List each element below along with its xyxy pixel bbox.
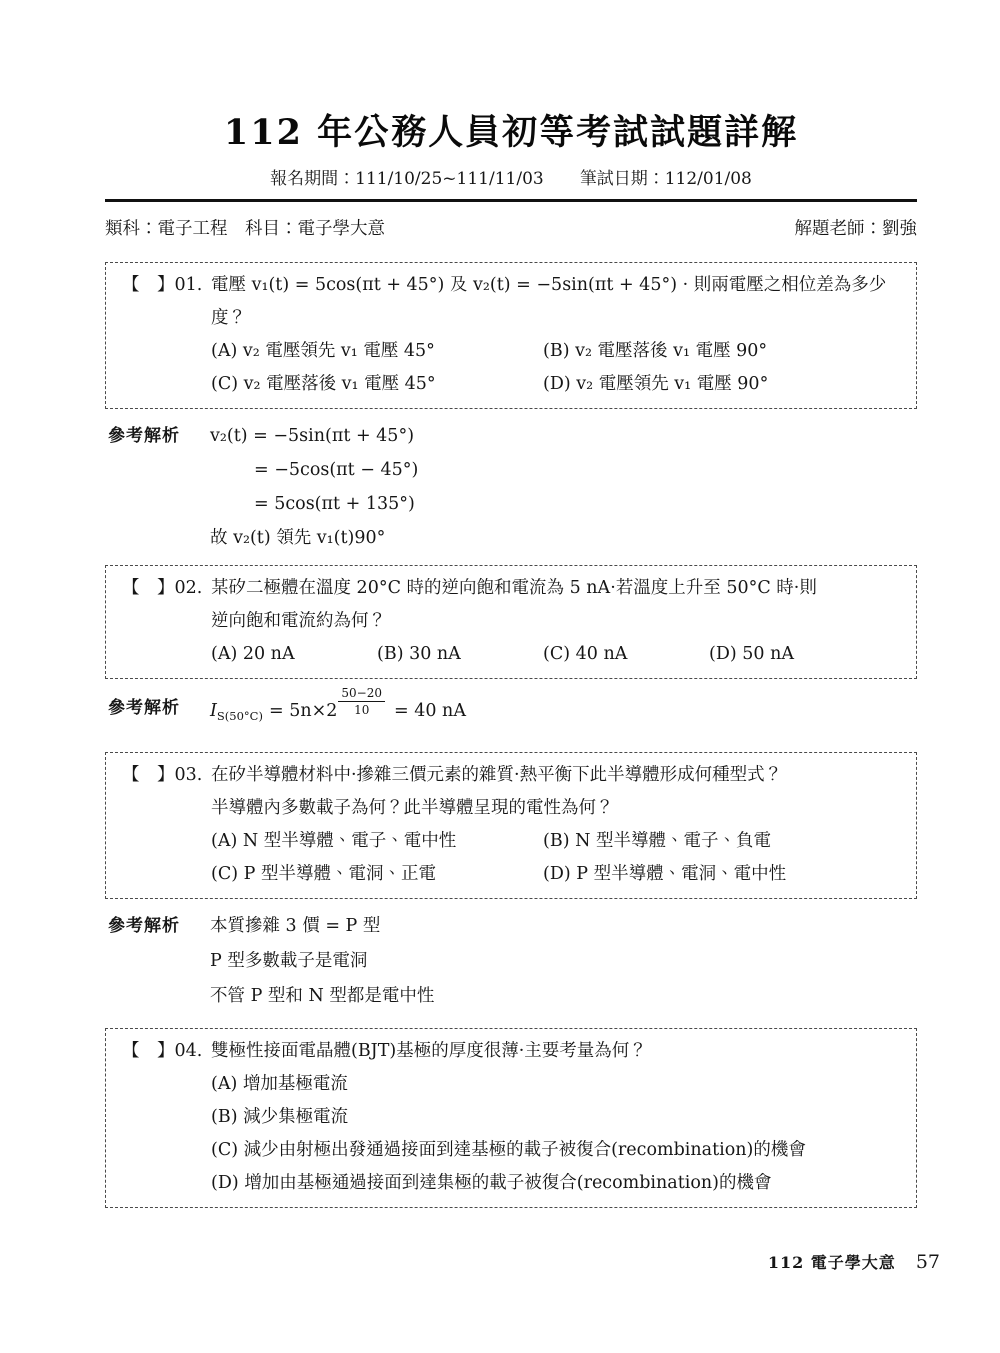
header-divider [105, 199, 917, 202]
options-row: (A) 20 nA (B) 30 nA (C) 40 nA (D) 50 nA [211, 638, 904, 671]
current-subscript: S(50°C) [217, 709, 263, 723]
options-row: (C) P 型半導體、電洞、正電 (D) P 型半導體、電洞、電中性 [211, 858, 904, 891]
solution-block-01: 參考解析 v₂(t) = −5sin(πt + 45°) = −5cos(πt … [105, 419, 917, 555]
question-box-03: 【 】03. 在矽半導體材料中·摻雜三價元素的雜質·熱平衡下此半導體形成何種型式… [105, 752, 917, 899]
solution-line: 本質摻雜 3 價 = P 型 [210, 909, 917, 944]
solution-line: = 5cos(πt + 135°) [254, 487, 917, 521]
solution-line: 不管 P 型和 N 型都是電中性 [210, 979, 917, 1014]
question-02: 【 】02. 某矽二極體在溫度 20°C 時的逆向飽和電流為 5 nA·若溫度上… [122, 572, 904, 671]
exam-dates-row: 報名期間：111/10/25~111/11/03 筆試日期：112/01/08 [105, 164, 917, 189]
equation-result: = 40 nA [394, 701, 466, 721]
question-04-head: 【 】04. [122, 1035, 211, 1200]
question-04-body: 雙極性接面電晶體(BJT)基極的厚度很薄·主要考量為何？ (A) 增加基極電流 … [211, 1035, 904, 1200]
answer-bracket: 【 】 [122, 765, 175, 785]
solution-line: P 型多數載子是電洞 [210, 944, 917, 979]
answer-bracket: 【 】 [122, 1041, 175, 1061]
exponent-fraction: 50−2010 [338, 686, 385, 718]
solution-line: v₂(t) = −5sin(πt + 45°) [210, 419, 917, 453]
question-03-body: 在矽半導體材料中·摻雜三價元素的雜質·熱平衡下此半導體形成何種型式？ 半導體內多… [211, 759, 904, 891]
question-01: 【 】01. 電壓 v₁(t) = 5cos(πt + 45°) 及 v₂(t)… [122, 269, 904, 401]
question-number: 02. [175, 578, 203, 598]
question-02-head: 【 】02. [122, 572, 211, 671]
solution-label: 參考解析 [105, 909, 210, 1014]
option-c: (C) 40 nA [543, 638, 709, 671]
stem-line: 半導體內多數載子為何？此半導體呈現的電性為何？ [211, 792, 904, 825]
stem-line: 在矽半導體材料中·摻雜三價元素的雜質·熱平衡下此半導體形成何種型式？ [211, 759, 904, 792]
solution-02-body: IS(50°C)= 5n×250−2010= 40 nA [210, 691, 917, 735]
solver-teacher: 解題老師：劉強 [795, 217, 918, 241]
solution-label: 參考解析 [105, 691, 210, 735]
option-b: (B) v₂ 電壓落後 v₁ 電壓 90° [543, 335, 904, 368]
question-number: 04. [175, 1041, 203, 1061]
option-c: (C) v₂ 電壓落後 v₁ 電壓 45° [211, 368, 543, 401]
answer-bracket: 【 】 [122, 275, 175, 295]
written-exam-date: 筆試日期：112/01/08 [580, 164, 752, 189]
page-title: 112 年公務人員初等考試試題詳解 [105, 112, 917, 154]
option-a: (A) 20 nA [211, 638, 377, 671]
solution-line: 故 v₂(t) 領先 v₁(t)90° [210, 521, 917, 555]
footer-book-title: 112 電子學大意 [768, 1250, 896, 1273]
stem-line: 某矽二極體在溫度 20°C 時的逆向飽和電流為 5 nA·若溫度上升至 50°C… [211, 572, 904, 605]
question-box-02: 【 】02. 某矽二極體在溫度 20°C 時的逆向飽和電流為 5 nA·若溫度上… [105, 565, 917, 679]
question-number: 01. [175, 275, 203, 295]
stem-line: 逆向飽和電流約為何？ [211, 605, 904, 638]
document-page: 112 年公務人員初等考試試題詳解 報名期間：111/10/25~111/11/… [105, 0, 917, 1208]
stem-line: 度？ [211, 302, 904, 335]
current-symbol: I [210, 701, 217, 721]
meta-row: 類科：電子工程 科目：電子學大意 解題老師：劉強 [105, 217, 917, 241]
question-03: 【 】03. 在矽半導體材料中·摻雜三價元素的雜質·熱平衡下此半導體形成何種型式… [122, 759, 904, 891]
option-a: (A) N 型半導體、電子、電中性 [211, 825, 543, 858]
question-number: 03. [175, 765, 203, 785]
solution-01-body: v₂(t) = −5sin(πt + 45°) = −5cos(πt − 45°… [210, 419, 917, 555]
solution-line: = −5cos(πt − 45°) [254, 453, 917, 487]
options-row: (C) v₂ 電壓落後 v₁ 電壓 45° (D) v₂ 電壓領先 v₁ 電壓 … [211, 368, 904, 401]
option-c: (C) P 型半導體、電洞、正電 [211, 858, 543, 891]
answer-bracket: 【 】 [122, 578, 175, 598]
category-subject: 類科：電子工程 科目：電子學大意 [105, 217, 385, 241]
option-d: (D) 50 nA [709, 638, 904, 671]
page-footer: 112 電子學大意 57 [768, 1250, 940, 1273]
option-d: (D) P 型半導體、電洞、電中性 [543, 858, 904, 891]
option-b: (B) 30 nA [377, 638, 543, 671]
stem-line: 雙極性接面電晶體(BJT)基極的厚度很薄·主要考量為何？ [211, 1035, 904, 1068]
page-number: 57 [916, 1251, 940, 1273]
solution-formula: IS(50°C)= 5n×250−2010= 40 nA [210, 691, 917, 735]
option-a: (A) 增加基極電流 [211, 1068, 904, 1101]
solution-block-03: 參考解析 本質摻雜 3 價 = P 型 P 型多數載子是電洞 不管 P 型和 N… [105, 909, 917, 1014]
option-c: (C) 減少由射極出發通過接面到達基極的載子被復合(recombination)… [211, 1134, 904, 1167]
question-box-01: 【 】01. 電壓 v₁(t) = 5cos(πt + 45°) 及 v₂(t)… [105, 262, 917, 409]
equation-middle: = 5n×2 [269, 701, 337, 721]
fraction-numerator: 50−20 [338, 686, 385, 702]
solution-block-02: 參考解析 IS(50°C)= 5n×250−2010= 40 nA [105, 691, 917, 735]
solution-label: 參考解析 [105, 419, 210, 555]
options-row: (A) v₂ 電壓領先 v₁ 電壓 45° (B) v₂ 電壓落後 v₁ 電壓 … [211, 335, 904, 368]
option-d: (D) 增加由基極通過接面到達集極的載子被復合(recombination)的機… [211, 1167, 904, 1200]
options-row: (A) N 型半導體、電子、電中性 (B) N 型半導體、電子、負電 [211, 825, 904, 858]
option-b: (B) 減少集極電流 [211, 1101, 904, 1134]
solution-03-body: 本質摻雜 3 價 = P 型 P 型多數載子是電洞 不管 P 型和 N 型都是電… [210, 909, 917, 1014]
question-04: 【 】04. 雙極性接面電晶體(BJT)基極的厚度很薄·主要考量為何？ (A) … [122, 1035, 904, 1200]
registration-period: 報名期間：111/10/25~111/11/03 [270, 164, 544, 189]
fraction-denominator: 10 [354, 702, 369, 717]
question-02-body: 某矽二極體在溫度 20°C 時的逆向飽和電流為 5 nA·若溫度上升至 50°C… [211, 572, 904, 671]
question-03-head: 【 】03. [122, 759, 211, 891]
stem-line: 電壓 v₁(t) = 5cos(πt + 45°) 及 v₂(t) = −5si… [211, 269, 904, 302]
option-b: (B) N 型半導體、電子、負電 [543, 825, 904, 858]
option-a: (A) v₂ 電壓領先 v₁ 電壓 45° [211, 335, 543, 368]
option-d: (D) v₂ 電壓領先 v₁ 電壓 90° [543, 368, 904, 401]
question-box-04: 【 】04. 雙極性接面電晶體(BJT)基極的厚度很薄·主要考量為何？ (A) … [105, 1028, 917, 1208]
question-01-body: 電壓 v₁(t) = 5cos(πt + 45°) 及 v₂(t) = −5si… [211, 269, 904, 401]
question-01-head: 【 】01. [122, 269, 211, 401]
